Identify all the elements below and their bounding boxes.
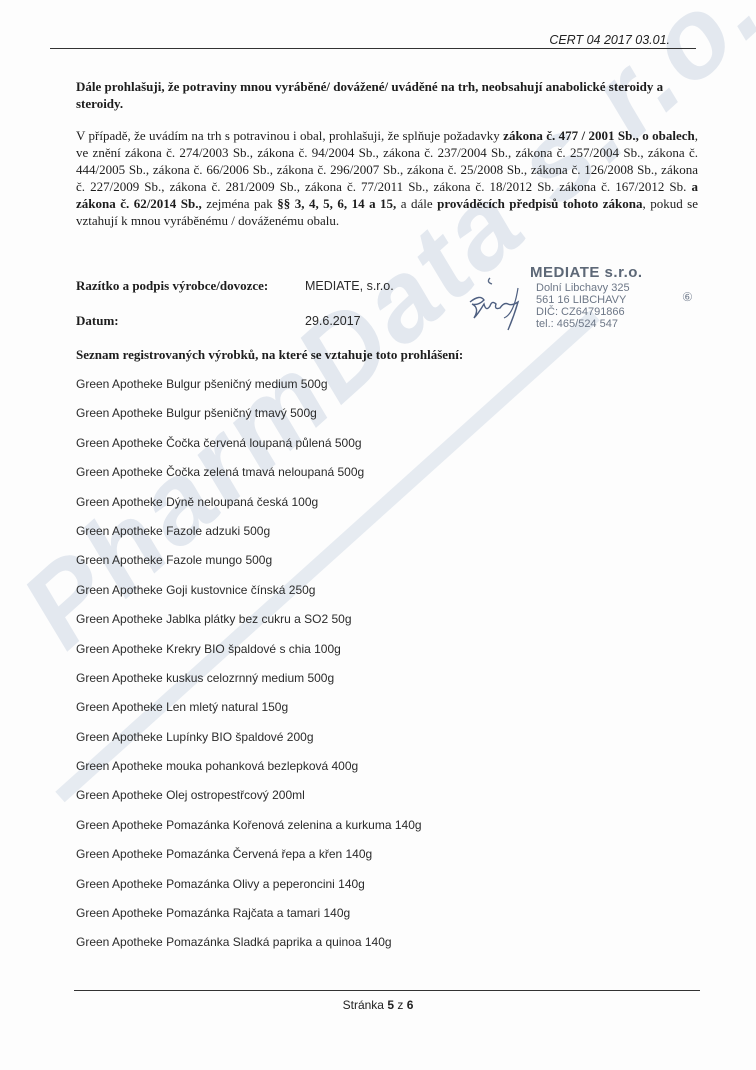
list-item: Green Apotheke Fazole adzuki 500g bbox=[76, 521, 422, 550]
packaging-declaration: V případě, že uvádím na trh s potravinou… bbox=[76, 127, 698, 229]
list-item: Green Apotheke Pomazánka Sladká paprika … bbox=[76, 932, 422, 961]
list-item: Green Apotheke Lupínky BIO špaldové 200g bbox=[76, 727, 422, 756]
list-item: Green Apotheke Dýně neloupaná česká 100g bbox=[76, 492, 422, 521]
list-item: Green Apotheke Pomazánka Kořenová zeleni… bbox=[76, 815, 422, 844]
company-stamp: MEDIATE s.r.o. Dolní Libchavy 325 561 16… bbox=[460, 262, 710, 342]
stamp-address-line1: Dolní Libchavy 325 bbox=[536, 282, 630, 294]
page-number: Stránka 5 z 6 bbox=[0, 998, 756, 1012]
header-divider bbox=[50, 48, 696, 49]
list-item: Green Apotheke Čočka zelená tmavá neloup… bbox=[76, 462, 422, 491]
list-item: Green Apotheke Pomazánka Olivy a peperon… bbox=[76, 874, 422, 903]
date-label: Datum: bbox=[76, 313, 119, 329]
product-list-heading: Seznam registrovaných výrobků, na které … bbox=[76, 347, 463, 363]
list-item: Green Apotheke Fazole mungo 500g bbox=[76, 550, 422, 579]
steroid-declaration: Dále prohlašuji, že potraviny mnou vyráb… bbox=[76, 78, 698, 112]
list-item: Green Apotheke Bulgur pšeničný medium 50… bbox=[76, 374, 422, 403]
company-name: MEDIATE, s.r.o. bbox=[305, 279, 394, 293]
stamp-tax-id: DIČ: CZ64791866 bbox=[536, 306, 625, 318]
stamp-number: ⑥ bbox=[682, 290, 693, 304]
list-item: Green Apotheke kuskus celozrnný medium 5… bbox=[76, 668, 422, 697]
stamp-address-line2: 561 16 LIBCHAVY bbox=[536, 294, 626, 306]
list-item: Green Apotheke Bulgur pšeničný tmavý 500… bbox=[76, 403, 422, 432]
list-item: Green Apotheke Pomazánka Červená řepa a … bbox=[76, 844, 422, 873]
stamp-company-name: MEDIATE s.r.o. bbox=[530, 264, 643, 281]
list-item: Green Apotheke Goji kustovnice čínská 25… bbox=[76, 580, 422, 609]
document-code: CERT 04 2017 03.01. bbox=[549, 33, 670, 47]
list-item: Green Apotheke Olej ostropestřcový 200ml bbox=[76, 785, 422, 814]
list-item: Green Apotheke Jablka plátky bez cukru a… bbox=[76, 609, 422, 638]
list-item: Green Apotheke Pomazánka Rajčata a tamar… bbox=[76, 903, 422, 932]
product-list: Green Apotheke Bulgur pšeničný medium 50… bbox=[76, 374, 422, 962]
date-value: 29.6.2017 bbox=[305, 314, 361, 328]
document-page: PharmData s.r.o. CERT 04 2017 03.01. Dál… bbox=[0, 0, 756, 1070]
signature-icon bbox=[460, 272, 532, 340]
list-item: Green Apotheke Čočka červená loupaná půl… bbox=[76, 433, 422, 462]
footer-divider bbox=[74, 990, 700, 991]
list-item: Green Apotheke Krekry BIO špaldové s chi… bbox=[76, 639, 422, 668]
stamp-phone: tel.: 465/524 547 bbox=[536, 318, 618, 330]
stamp-signature-label: Razítko a podpis výrobce/dovozce: bbox=[76, 278, 268, 294]
list-item: Green Apotheke mouka pohanková bezlepkov… bbox=[76, 756, 422, 785]
list-item: Green Apotheke Len mletý natural 150g bbox=[76, 697, 422, 726]
